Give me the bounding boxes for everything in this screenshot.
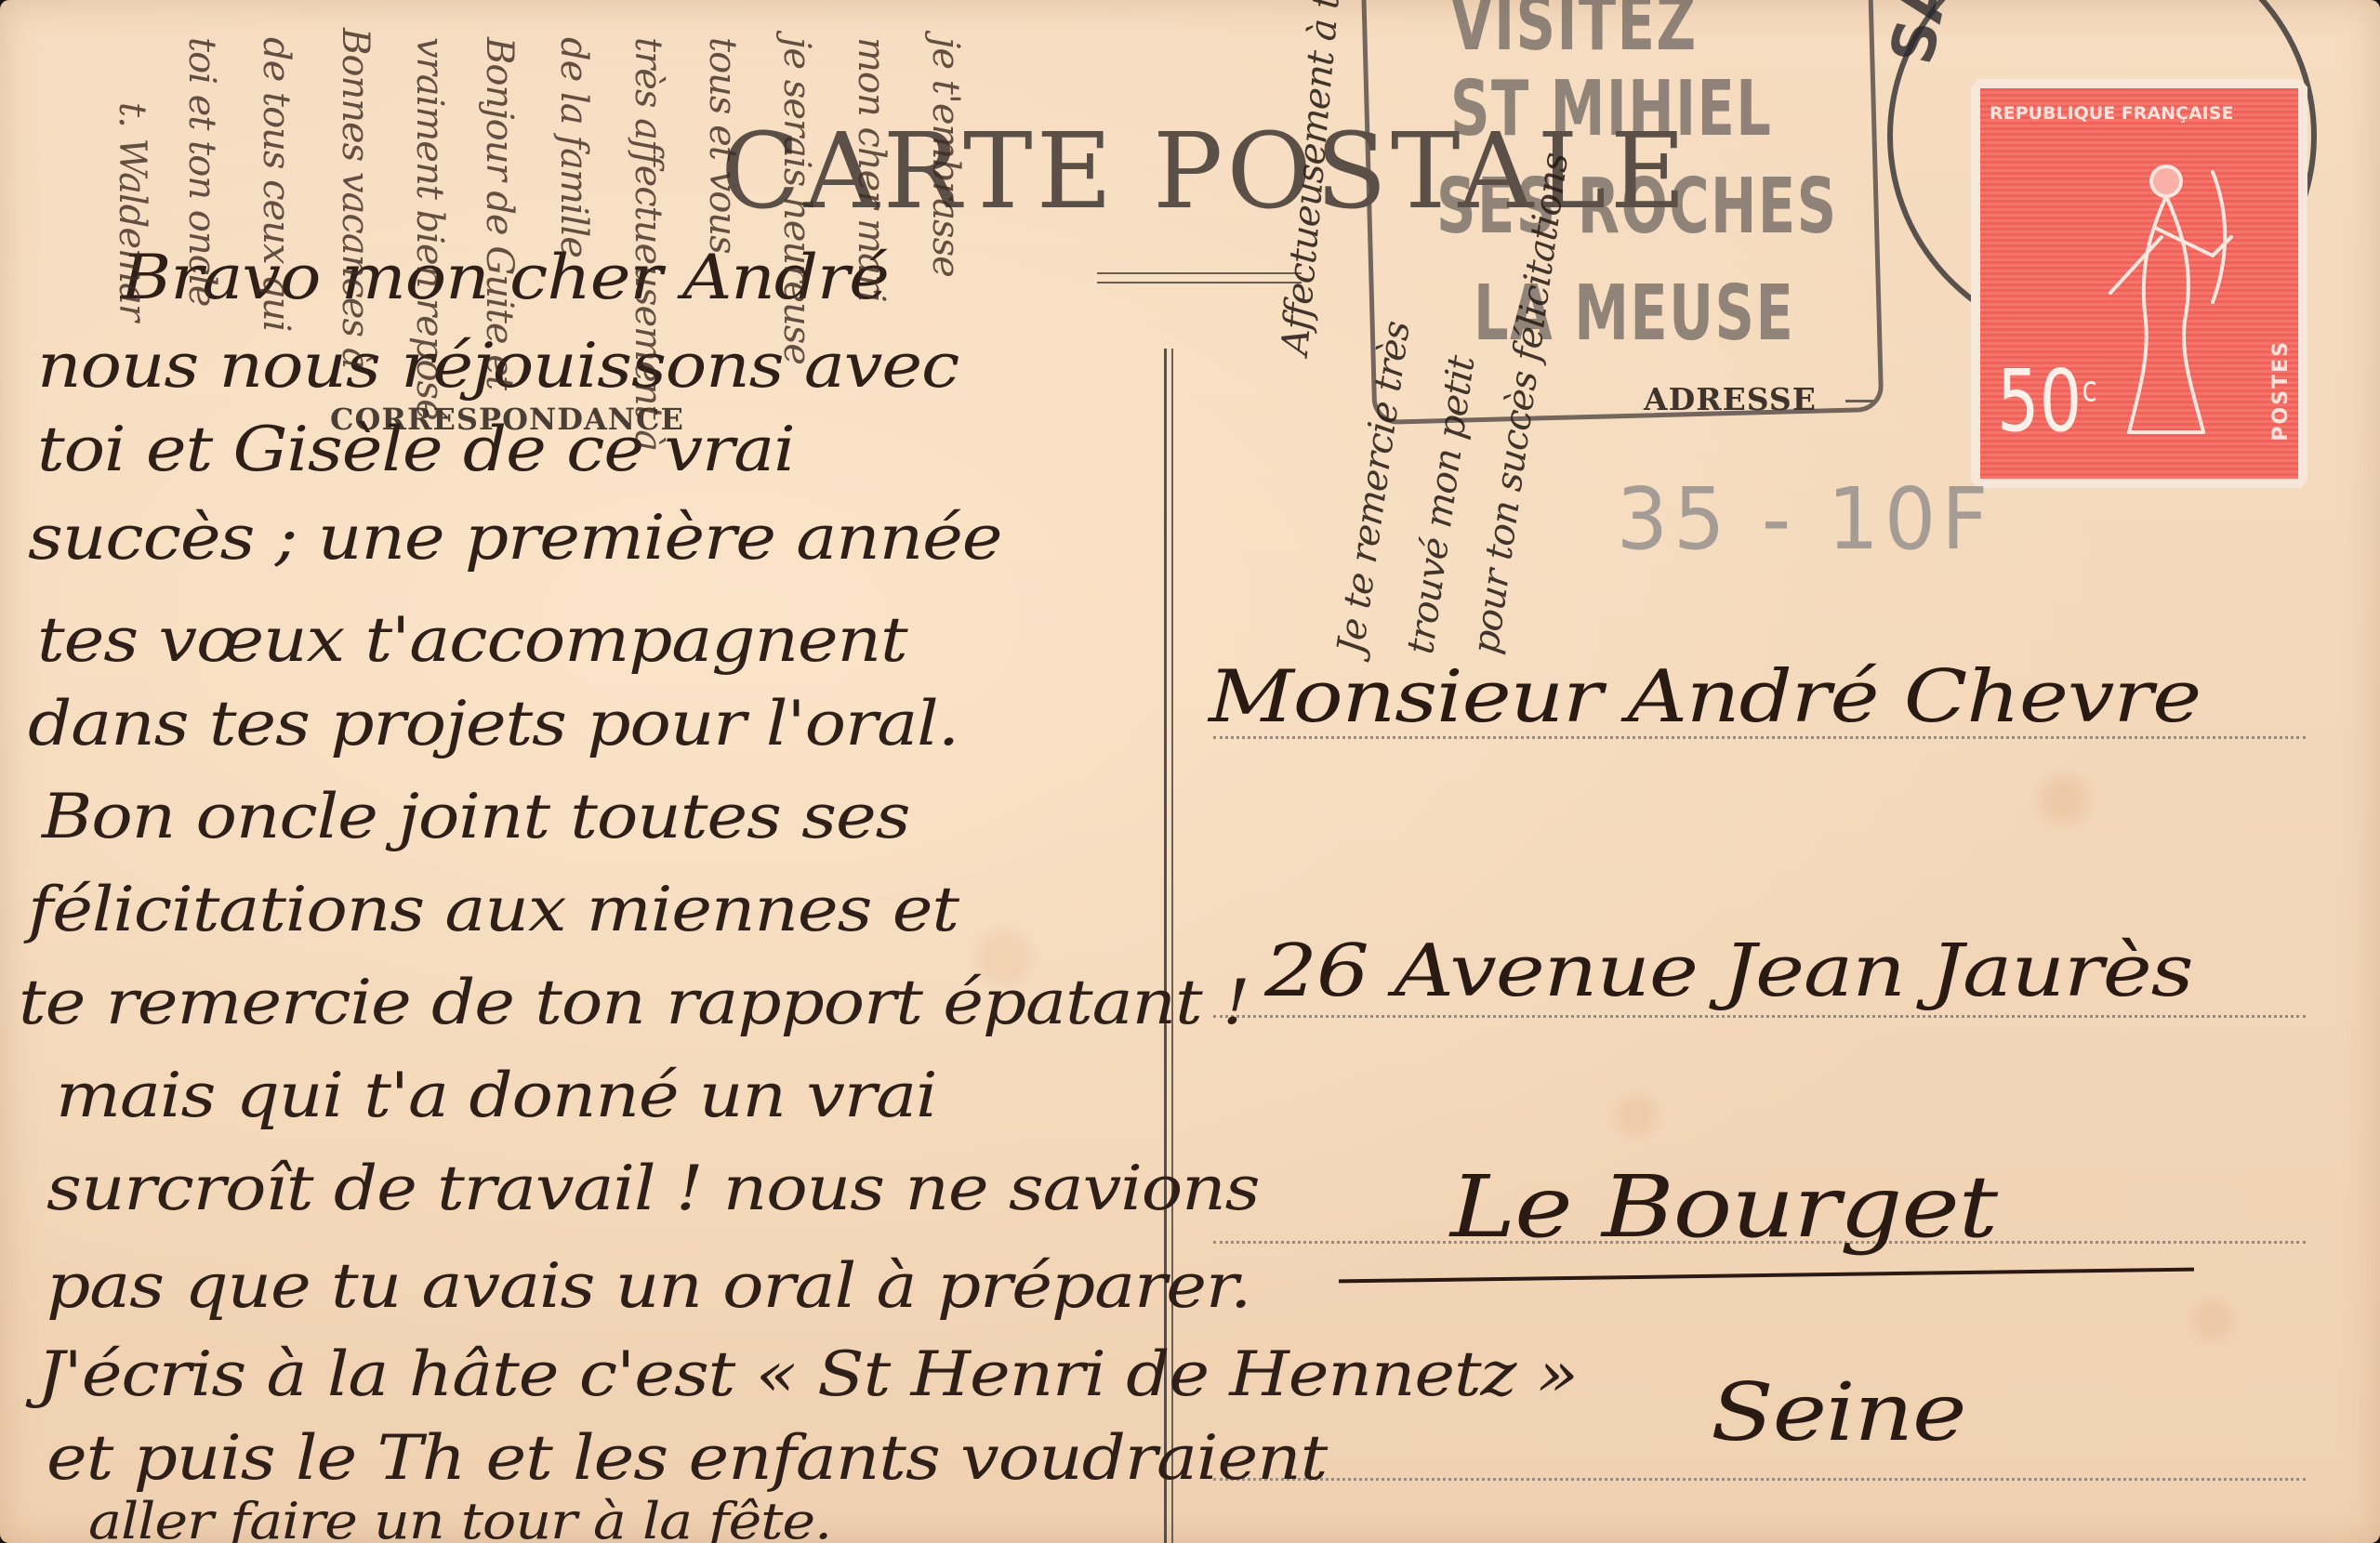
stamp-field: REPUBLIQUE FRANÇAISE 50c POSTES [1980,88,2298,479]
stamp-country: REPUBLIQUE FRANÇAISE [1990,103,2289,124]
message-line: Bon oncle joint toutes ses [42,781,909,852]
cross-writing-line: très affectueusement à [627,37,669,451]
address-city: Le Bourget [1450,1157,1997,1257]
address-name: Monsieur André Chevre [1209,655,2201,739]
cross-writing-line: tous et vous [701,37,744,254]
message-line: surcroît de travail ! nous ne savions [46,1153,1259,1224]
stamp-value: 50c [1997,351,2097,451]
cross-writing-line: vraiment bien reposé [408,37,451,420]
cross-writing-line: Bonjour de Guite et [478,37,521,389]
cross-writing-line: toi et ton oncle [180,37,223,306]
sower-icon [2073,153,2250,451]
message-line: succès ; une première année [28,502,1001,574]
message-line: tes vœux t'accompagnent [37,604,907,676]
adresse-rule [1845,400,1873,402]
stamp-service: POSTES [2269,340,2293,442]
message-line: mais qui t'a donné un vrai [56,1060,937,1131]
message-line: J'écris à la hâte c'est « St Henri de He… [37,1339,1578,1410]
message-line: dans tes projets pour l'oral. [28,688,959,759]
message-line: aller faire un tour à la fête. [88,1492,831,1543]
message-line: pas que tu avais un oral à préparer. [46,1250,1250,1322]
cross-writing-line: je t'embrasse [924,37,967,277]
adresse-label: ADRESSE [1644,381,1817,417]
cross-writing-line: t. Waldemar [111,102,153,321]
cross-writing-line: mon cher mari [850,37,892,302]
cross-writing-line: de tous ceux qui [255,37,297,331]
postcard-back: VISITEZ ST MIHIEL SES ROCHES LA MEUSE CA… [0,0,2380,1543]
cancel-line-1: VISITEZ [1450,0,1698,68]
message-line: félicitations aux miennes et [28,874,959,945]
cross-writing-line: je serais heureuse [775,37,818,364]
message-line: te remercie de ton rapport épatant ! [19,967,1249,1038]
address-department: Seine [1711,1366,1965,1459]
header-rule-1 [1097,272,1302,274]
message-line: et puis le Th et les enfants voudraient [46,1422,1327,1494]
address-line-4-rule [1213,1478,2306,1481]
cross-writing-line: Bonnes vacances à [334,28,377,369]
address-line-2-rule [1213,1015,2306,1018]
cross-writing-line: de la famille [552,37,595,257]
address-street: 26 Avenue Jean Jaurès [1264,930,2193,1013]
message-line: toi et Gisèle de ce vrai [37,414,795,485]
pencil-price-note: 35 - 10F [1617,469,1993,569]
header-rule-2 [1097,282,1302,284]
postage-stamp: REPUBLIQUE FRANÇAISE 50c POSTES [1971,79,2307,488]
address-city-underline [1339,1268,2194,1284]
